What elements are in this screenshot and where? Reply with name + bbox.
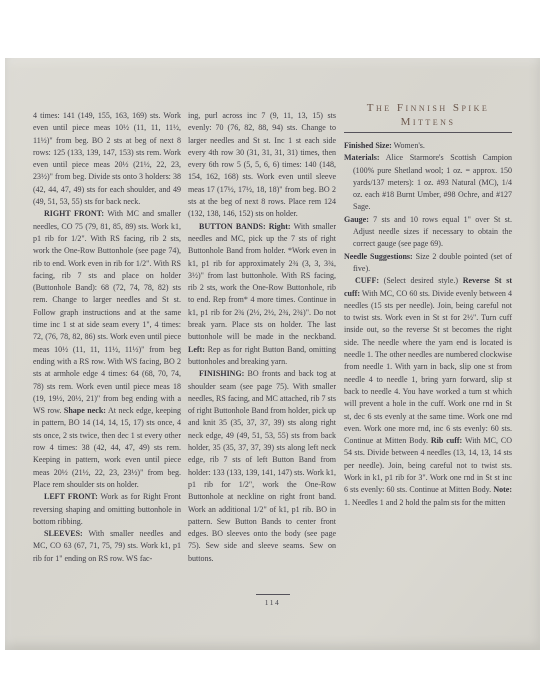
paragraph-lead-label: LEFT FRONT: [44, 492, 98, 501]
paragraph-lead-label: CUFF: [355, 276, 379, 285]
paragraph: Finished Size: Women's. [344, 140, 512, 152]
paragraph: Materials: Alice Starmore's Scottish Cam… [344, 152, 512, 213]
column-right: The Finnish Spike Mittens Finished Size:… [344, 102, 512, 644]
column-right-body: Finished Size: Women's.Materials: Alice … [344, 140, 512, 509]
paragraph: Gauge: 7 sts and 10 rows equal 1" over S… [344, 214, 512, 251]
paragraph: BUTTON BANDS: Right: With smaller needle… [188, 221, 336, 369]
paragraph-lead-label: Needle Suggestions: [344, 252, 413, 261]
paragraph: CUFF: (Select desired style.) Reverse St… [344, 275, 512, 509]
paragraph-lead-label: Shape neck: [64, 406, 106, 415]
chapter-title-line1: The Finnish Spike [344, 102, 512, 116]
chapter-heading-rule [344, 132, 512, 133]
paragraph: FINISHING: BO fronts and back tog at sho… [188, 368, 336, 565]
chapter-heading: The Finnish Spike Mittens [344, 102, 512, 133]
paper: 4 times: 141 (149, 155, 163, 169) sts. W… [5, 58, 540, 650]
paragraph-lead-label: Rib cuff: [431, 436, 462, 445]
chapter-title-line2: Mittens [344, 116, 512, 130]
scanned-book-page: 4 times: 141 (149, 155, 163, 169) sts. W… [0, 0, 540, 699]
paragraph-lead-label: Materials: [344, 153, 380, 162]
paragraph: LEFT FRONT: Work as for Right Front reve… [33, 491, 181, 528]
paragraph-lead-label: Finished Size: [344, 141, 392, 150]
paragraph-lead-label: SLEEVES: [44, 529, 83, 538]
paragraph-lead-label: Gauge: [344, 215, 369, 224]
paragraph-lead-label: BUTTON BANDS: Right: [199, 222, 291, 231]
paragraph: 4 times: 141 (149, 155, 163, 169) sts. W… [33, 110, 181, 208]
paragraph: RIGHT FRONT: With MC and smaller needles… [33, 208, 181, 491]
column-left: 4 times: 141 (149, 155, 163, 169) sts. W… [33, 110, 181, 644]
paragraph-lead-label: FINISHING: [199, 369, 244, 378]
page-number: 114 [5, 598, 540, 607]
paragraph: Needle Suggestions: Size 2 double pointe… [344, 251, 512, 276]
paragraph: SLEEVES: With smaller needles and MC, CO… [33, 528, 181, 565]
paragraph-lead-label: RIGHT FRONT: [44, 209, 104, 218]
page-number-rule [256, 594, 290, 595]
paragraph: ing, purl across inc 7 (9, 11, 13, 15) s… [188, 110, 336, 221]
paragraph-lead-label: Left: [188, 345, 205, 354]
column-middle: ing, purl across inc 7 (9, 11, 13, 15) s… [188, 110, 336, 644]
page-number-block: 114 [5, 594, 540, 607]
paragraph-lead-label: Note: [493, 485, 512, 494]
